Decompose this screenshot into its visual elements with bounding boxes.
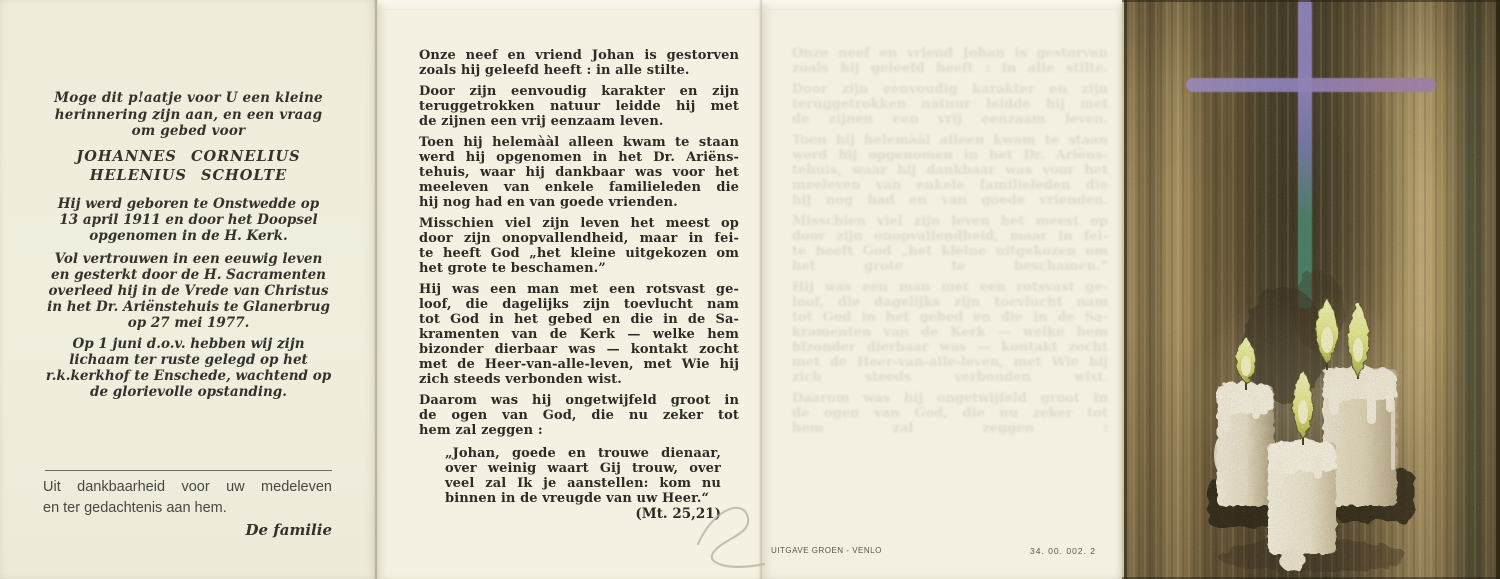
- paragraph: Daarom was hij ongetwijfeld groot inde o…: [792, 391, 1108, 436]
- text-line: zoals hij geleefd heeft : in alle stilte…: [419, 63, 739, 78]
- text-line: Door zijn eenvoudig karakter en zijn: [792, 82, 1108, 97]
- intro-paragraph: Moge dit p!aatje voor U een kleineherinn…: [28, 90, 349, 140]
- paragraph: Onze neef en vriend Johan is gestorvenzo…: [419, 48, 739, 78]
- text-line: Door zijn eenvoudig karakter en zijn: [419, 84, 739, 99]
- deceased-name: JOHANNES CORNELIUSHELENIUS SCHOLTE: [28, 147, 349, 185]
- text-line: binnen in de vreugde van uw Heer.“: [445, 491, 721, 506]
- text-line: Onze neef en vriend Johan is gestorven: [792, 46, 1108, 61]
- text-line: om gebed voor: [28, 123, 349, 140]
- text-line: de ogen van God, die nu zeker tot: [419, 408, 739, 423]
- text-line: hem zal zeggen :: [419, 423, 739, 438]
- text-line: de zijnen een vrij eenzaam leven.: [419, 114, 739, 129]
- text-line: opgenomen in de H. Kerk.: [28, 228, 349, 244]
- text-line: zich steeds verbonden wist.: [419, 372, 739, 387]
- text-line: het grote te beschamen.”: [419, 261, 739, 276]
- scripture-citation: (Mt. 25,21): [445, 506, 721, 522]
- memorial-paragraphs: Onze neef en vriend Johan is gestorvenzo…: [419, 48, 739, 438]
- text-line: kramenten van de Kerk — welke hem: [792, 325, 1108, 340]
- text-line: tot God in het gebed en die in de Sa-: [419, 312, 739, 327]
- left-panel: Moge dit p!aatje voor U een kleineherinn…: [0, 0, 377, 579]
- pencil-mark: [690, 492, 785, 577]
- text-line: Moge dit p!aatje voor U een kleine: [28, 90, 349, 107]
- paragraph: Hij was een man met een rotsvast ge-loof…: [419, 282, 739, 387]
- imprint-publisher: UITGAVE GROEN - VENLO: [771, 546, 882, 555]
- text-line: bizonder dierbaar was — kontakt zocht: [792, 340, 1108, 355]
- text-line: Misschien viel zijn leven het meest op: [792, 214, 1108, 229]
- blank-panel: Onze neef en vriend Johan is gestorvenzo…: [762, 0, 1122, 579]
- text-line: Toen hij helemààl alleen kwam te staan: [792, 133, 1108, 148]
- text-line: Hij werd geboren te Onstwedde op: [28, 196, 349, 212]
- text-line: en gesterkt door de H. Sacramenten: [28, 267, 349, 283]
- text-line: werd hij opgenomen in het Dr. Ariëns-: [792, 148, 1108, 163]
- text-line: hij nog had en van goede vrienden.: [419, 195, 739, 210]
- text-line: hij nog had en van goede vrienden.: [792, 193, 1108, 208]
- text-line: Op 1 juni d.o.v. hebben wij zijn: [28, 336, 349, 352]
- text-line: Misschien viel zijn leven het meest op: [419, 216, 739, 231]
- memorial-text: Onze neef en vriend Johan is gestorvenzo…: [419, 48, 739, 522]
- text-line: in het Dr. Ariënstehuis te Glanerbrug: [28, 299, 349, 315]
- paragraph: Door zijn eenvoudig karakter en zijnteru…: [792, 82, 1108, 127]
- text-line: zich steeds verbonden wist.: [792, 370, 1108, 385]
- text-line: teruggetrokken natuur leidde hij met: [792, 97, 1108, 112]
- text-line: tehuis, waar hij dankbaar was voor het: [792, 163, 1108, 178]
- text-line: met de Heer-van-alle-leven, met Wie hij: [419, 357, 739, 372]
- memorial-card-scan: Moge dit p!aatje voor U een kleineherinn…: [0, 0, 1500, 579]
- text-line: Toen hij helemààl alleen kwam te staan: [419, 135, 739, 150]
- text-line: overleed hij in de Vrede van Christus: [28, 283, 349, 299]
- text-line: te heeft God „het kleine uitgekozen om: [419, 246, 739, 261]
- text-line: bizonder dierbaar was — kontakt zocht: [419, 342, 739, 357]
- text-line: veel zal Ik je aanstellen: kom nu: [445, 476, 721, 491]
- paragraph: Toen hij helemààl alleen kwam te staanwe…: [792, 133, 1108, 208]
- text-line: Vol vertrouwen in een eeuwig leven: [28, 251, 349, 267]
- death-paragraph: Vol vertrouwen in een eeuwig levenen ges…: [28, 251, 349, 331]
- paragraph: Hij was een man met een rotsvast ge-loof…: [792, 280, 1108, 385]
- text-line: lichaam ter ruste gelegd op het: [28, 352, 349, 368]
- text-line: Daarom was hij ongetwijfeld groot in: [419, 393, 739, 408]
- text-line: de ogen van God, die nu zeker tot: [792, 406, 1108, 421]
- fold-line: [374, 0, 378, 579]
- paragraph: Daarom was hij ongetwijfeld groot inde o…: [419, 393, 739, 438]
- text-line: hem zal zeggen :: [792, 421, 1108, 436]
- imprint-number: 34. 00. 002. 2: [1030, 546, 1096, 556]
- text-line: meeleven van enkele familieleden die: [792, 178, 1108, 193]
- birth-paragraph: Hij werd geboren te Onstwedde op13 april…: [28, 196, 349, 244]
- text-line: r.k.kerkhof te Enschede, wachtend op: [28, 368, 349, 384]
- text-line: 13 april 1911 en door het Doopsel: [28, 212, 349, 228]
- text-line: Hij was een man met een rotsvast ge-: [792, 280, 1108, 295]
- text-line: loof, die dagelijks zijn toevlucht nam: [792, 295, 1108, 310]
- bleedthrough-text: Onze neef en vriend Johan is gestorvenzo…: [792, 46, 1108, 442]
- text-line: te heeft God „het kleine uitgekozen om: [792, 244, 1108, 259]
- text-line: op 27 mei 1977.: [28, 315, 349, 331]
- text-line: herinnering zijn aan, en een vraag: [28, 107, 349, 124]
- paragraph: Toen hij helemààl alleen kwam te staanwe…: [419, 135, 739, 210]
- burial-paragraph: Op 1 juni d.o.v. hebben wij zijnlichaam …: [28, 336, 349, 400]
- text-line: JOHANNES CORNELIUS: [28, 147, 349, 166]
- text-line: met de Heer-van-alle-leven, met Wie hij: [792, 355, 1108, 370]
- text-line: zoals hij geleefd heeft : in alle stilte…: [792, 61, 1108, 76]
- artwork-panel: [1122, 0, 1500, 579]
- text-line: Hij was een man met een rotsvast ge-: [419, 282, 739, 297]
- text-line: Uit dankbaarheid voor uw medeleven: [43, 477, 332, 498]
- text-line: de zijnen een vrij eenzaam leven.: [792, 112, 1108, 127]
- signature: De familie: [30, 521, 332, 539]
- scripture-quote: „Johan, goede en trouwe dienaar,over wei…: [445, 446, 721, 506]
- text-line: teruggetrokken natuur leidde hij met: [419, 99, 739, 114]
- text-line: loof, die dagelijks zijn toevlucht nam: [419, 297, 739, 312]
- text-line: HELENIUS SCHOLTE: [28, 166, 349, 185]
- text-line: Daarom was hij ongetwijfeld groot in: [792, 391, 1108, 406]
- text-line: door zijn onopvallendheid, maar in fei-: [792, 229, 1108, 244]
- text-line: over weinig waart Gij trouw, over: [445, 461, 721, 476]
- text-line: de glorievolle opstanding.: [28, 384, 349, 400]
- text-line: en ter gedachtenis aan hem.: [43, 498, 332, 519]
- paragraph: Door zijn eenvoudig karakter en zijnteru…: [419, 84, 739, 129]
- text-line: tehuis, waar hij dankbaar was voor het: [419, 165, 739, 180]
- text-line: het grote te beschamen.”: [792, 259, 1108, 274]
- candles-illustration: [1122, 0, 1500, 579]
- divider-rule: [45, 470, 332, 471]
- paragraph: Misschien viel zijn leven het meest opdo…: [792, 214, 1108, 274]
- paragraph: Misschien viel zijn leven het meest opdo…: [419, 216, 739, 276]
- thanks-paragraph: Uit dankbaarheid voor uw medelevenen ter…: [43, 477, 332, 518]
- text-line: werd hij opgenomen in het Dr. Ariëns-: [419, 150, 739, 165]
- text-line: Onze neef en vriend Johan is gestorven: [419, 48, 739, 63]
- text-line: tot God in het gebed en die in de Sa-: [792, 310, 1108, 325]
- text-line: „Johan, goede en trouwe dienaar,: [445, 446, 721, 461]
- paragraph: Onze neef en vriend Johan is gestorvenzo…: [792, 46, 1108, 76]
- paint-grain-light: [1122, 0, 1500, 579]
- text-line: meeleven van enkele familieleden die: [419, 180, 739, 195]
- text-line: door zijn onopvallendheid, maar in fei-: [419, 231, 739, 246]
- card-top-edge: [377, 0, 1122, 10]
- text-line: kramenten van de Kerk — welke hem: [419, 327, 739, 342]
